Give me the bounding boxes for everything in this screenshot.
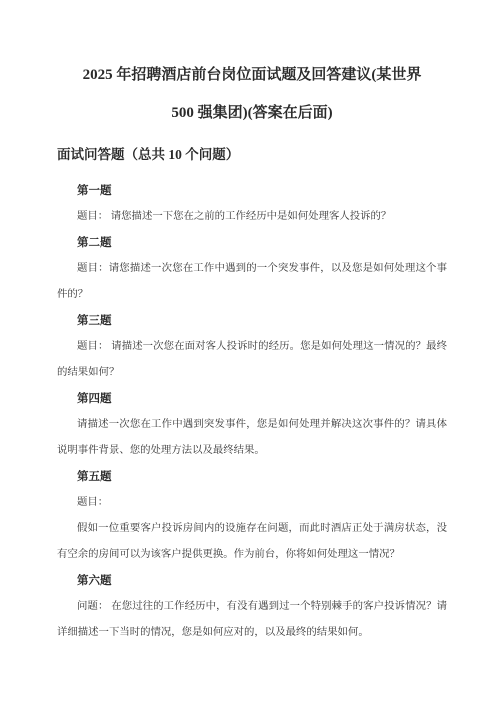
question-text: 题目： 请描述一次您在面对客人投诉时的经历。您是如何处理这一情况的？最终的结果如… bbox=[57, 334, 447, 386]
question-heading: 第三题 bbox=[57, 308, 447, 334]
document-title-line2: 500 强集团)(答案在后面) bbox=[57, 94, 447, 132]
question-block-1: 第一题 题目： 请您描述一下您在之前的工作经历中是如何处理客人投诉的？ bbox=[57, 178, 447, 230]
document-title: 2025 年招聘酒店前台岗位面试题及回答建议(某世界 500 强集团)(答案在后… bbox=[57, 56, 447, 132]
question-block-2: 第二题 题目：请您描述一次您在工作中遇到的一个突发事件，以及您是如何处理这个事件… bbox=[57, 230, 447, 308]
document-title-line1: 2025 年招聘酒店前台岗位面试题及回答建议(某世界 bbox=[57, 56, 447, 94]
section-heading: 面试问答题（总共 10 个问题） bbox=[57, 142, 447, 168]
question-text: 请描述一次您在工作中遇到突发事件，您是如何处理并解决这次事件的？请具体说明事件背… bbox=[57, 412, 447, 464]
document-page: 2025 年招聘酒店前台岗位面试题及回答建议(某世界 500 强集团)(答案在后… bbox=[0, 0, 500, 707]
question-block-3: 第三题 题目： 请描述一次您在面对客人投诉时的经历。您是如何处理这一情况的？最终… bbox=[57, 308, 447, 386]
question-block-4: 第四题 请描述一次您在工作中遇到突发事件，您是如何处理并解决这次事件的？请具体说… bbox=[57, 386, 447, 464]
question-heading: 第五题 bbox=[57, 464, 447, 490]
question-text: 问题： 在您过往的工作经历中，有没有遇到过一个特别棘手的客户投诉情况？请详细描述… bbox=[57, 594, 447, 646]
question-text: 题目： 请您描述一下您在之前的工作经历中是如何处理客人投诉的？ bbox=[57, 204, 447, 230]
question-heading: 第二题 bbox=[57, 230, 447, 256]
question-text: 题目： bbox=[57, 490, 447, 516]
question-heading: 第四题 bbox=[57, 386, 447, 412]
question-text: 假如一位重要客户投诉房间内的设施存在问题，而此时酒店正处于满房状态，没有空余的房… bbox=[57, 516, 447, 568]
question-block-5: 第五题 题目： 假如一位重要客户投诉房间内的设施存在问题，而此时酒店正处于满房状… bbox=[57, 464, 447, 568]
question-text: 题目：请您描述一次您在工作中遇到的一个突发事件，以及您是如何处理这个事件的？ bbox=[57, 256, 447, 308]
question-heading: 第六题 bbox=[57, 568, 447, 594]
question-heading: 第一题 bbox=[57, 178, 447, 204]
question-block-6: 第六题 问题： 在您过往的工作经历中，有没有遇到过一个特别棘手的客户投诉情况？请… bbox=[57, 568, 447, 646]
